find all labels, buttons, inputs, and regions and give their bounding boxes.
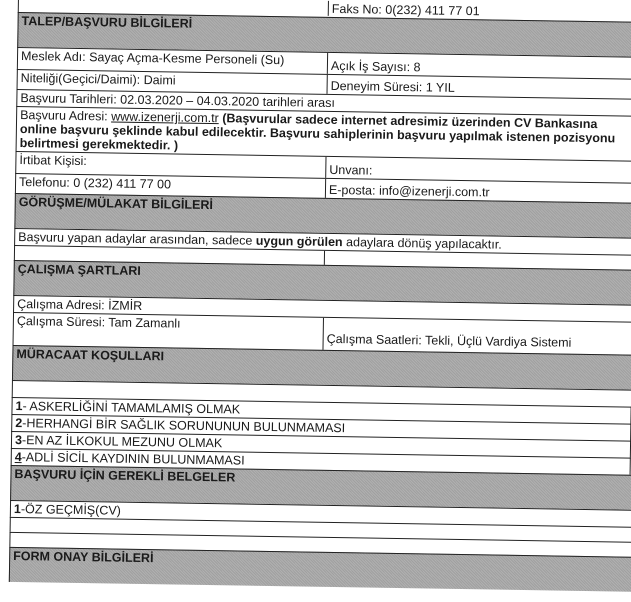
work-hours: Çalışma Saatleri: Tekli, Üçlü Vardiya Si… xyxy=(323,318,631,355)
interview-text-end: adaylara dönüş yapılacaktır. xyxy=(343,235,502,251)
interview-text-bold: uygun görülen xyxy=(256,234,343,249)
application-form: Faks No: 0(232) 411 77 01 TALEP/BAŞVURU … xyxy=(9,0,631,592)
requirements-list: 1- ASKERLİĞİNİ TAMAMLAMIŞ OLMAK2-HERHANG… xyxy=(11,397,631,475)
item-text: -ÖZ GEÇMİŞ(CV) xyxy=(21,502,121,518)
address-label: Başvuru Adresi: xyxy=(20,108,111,123)
interview-text-start: Başvuru yapan adaylar arasından, sadece xyxy=(18,230,256,248)
work-duration: Çalışma Süresi: Tam Zamanlı xyxy=(14,313,324,350)
